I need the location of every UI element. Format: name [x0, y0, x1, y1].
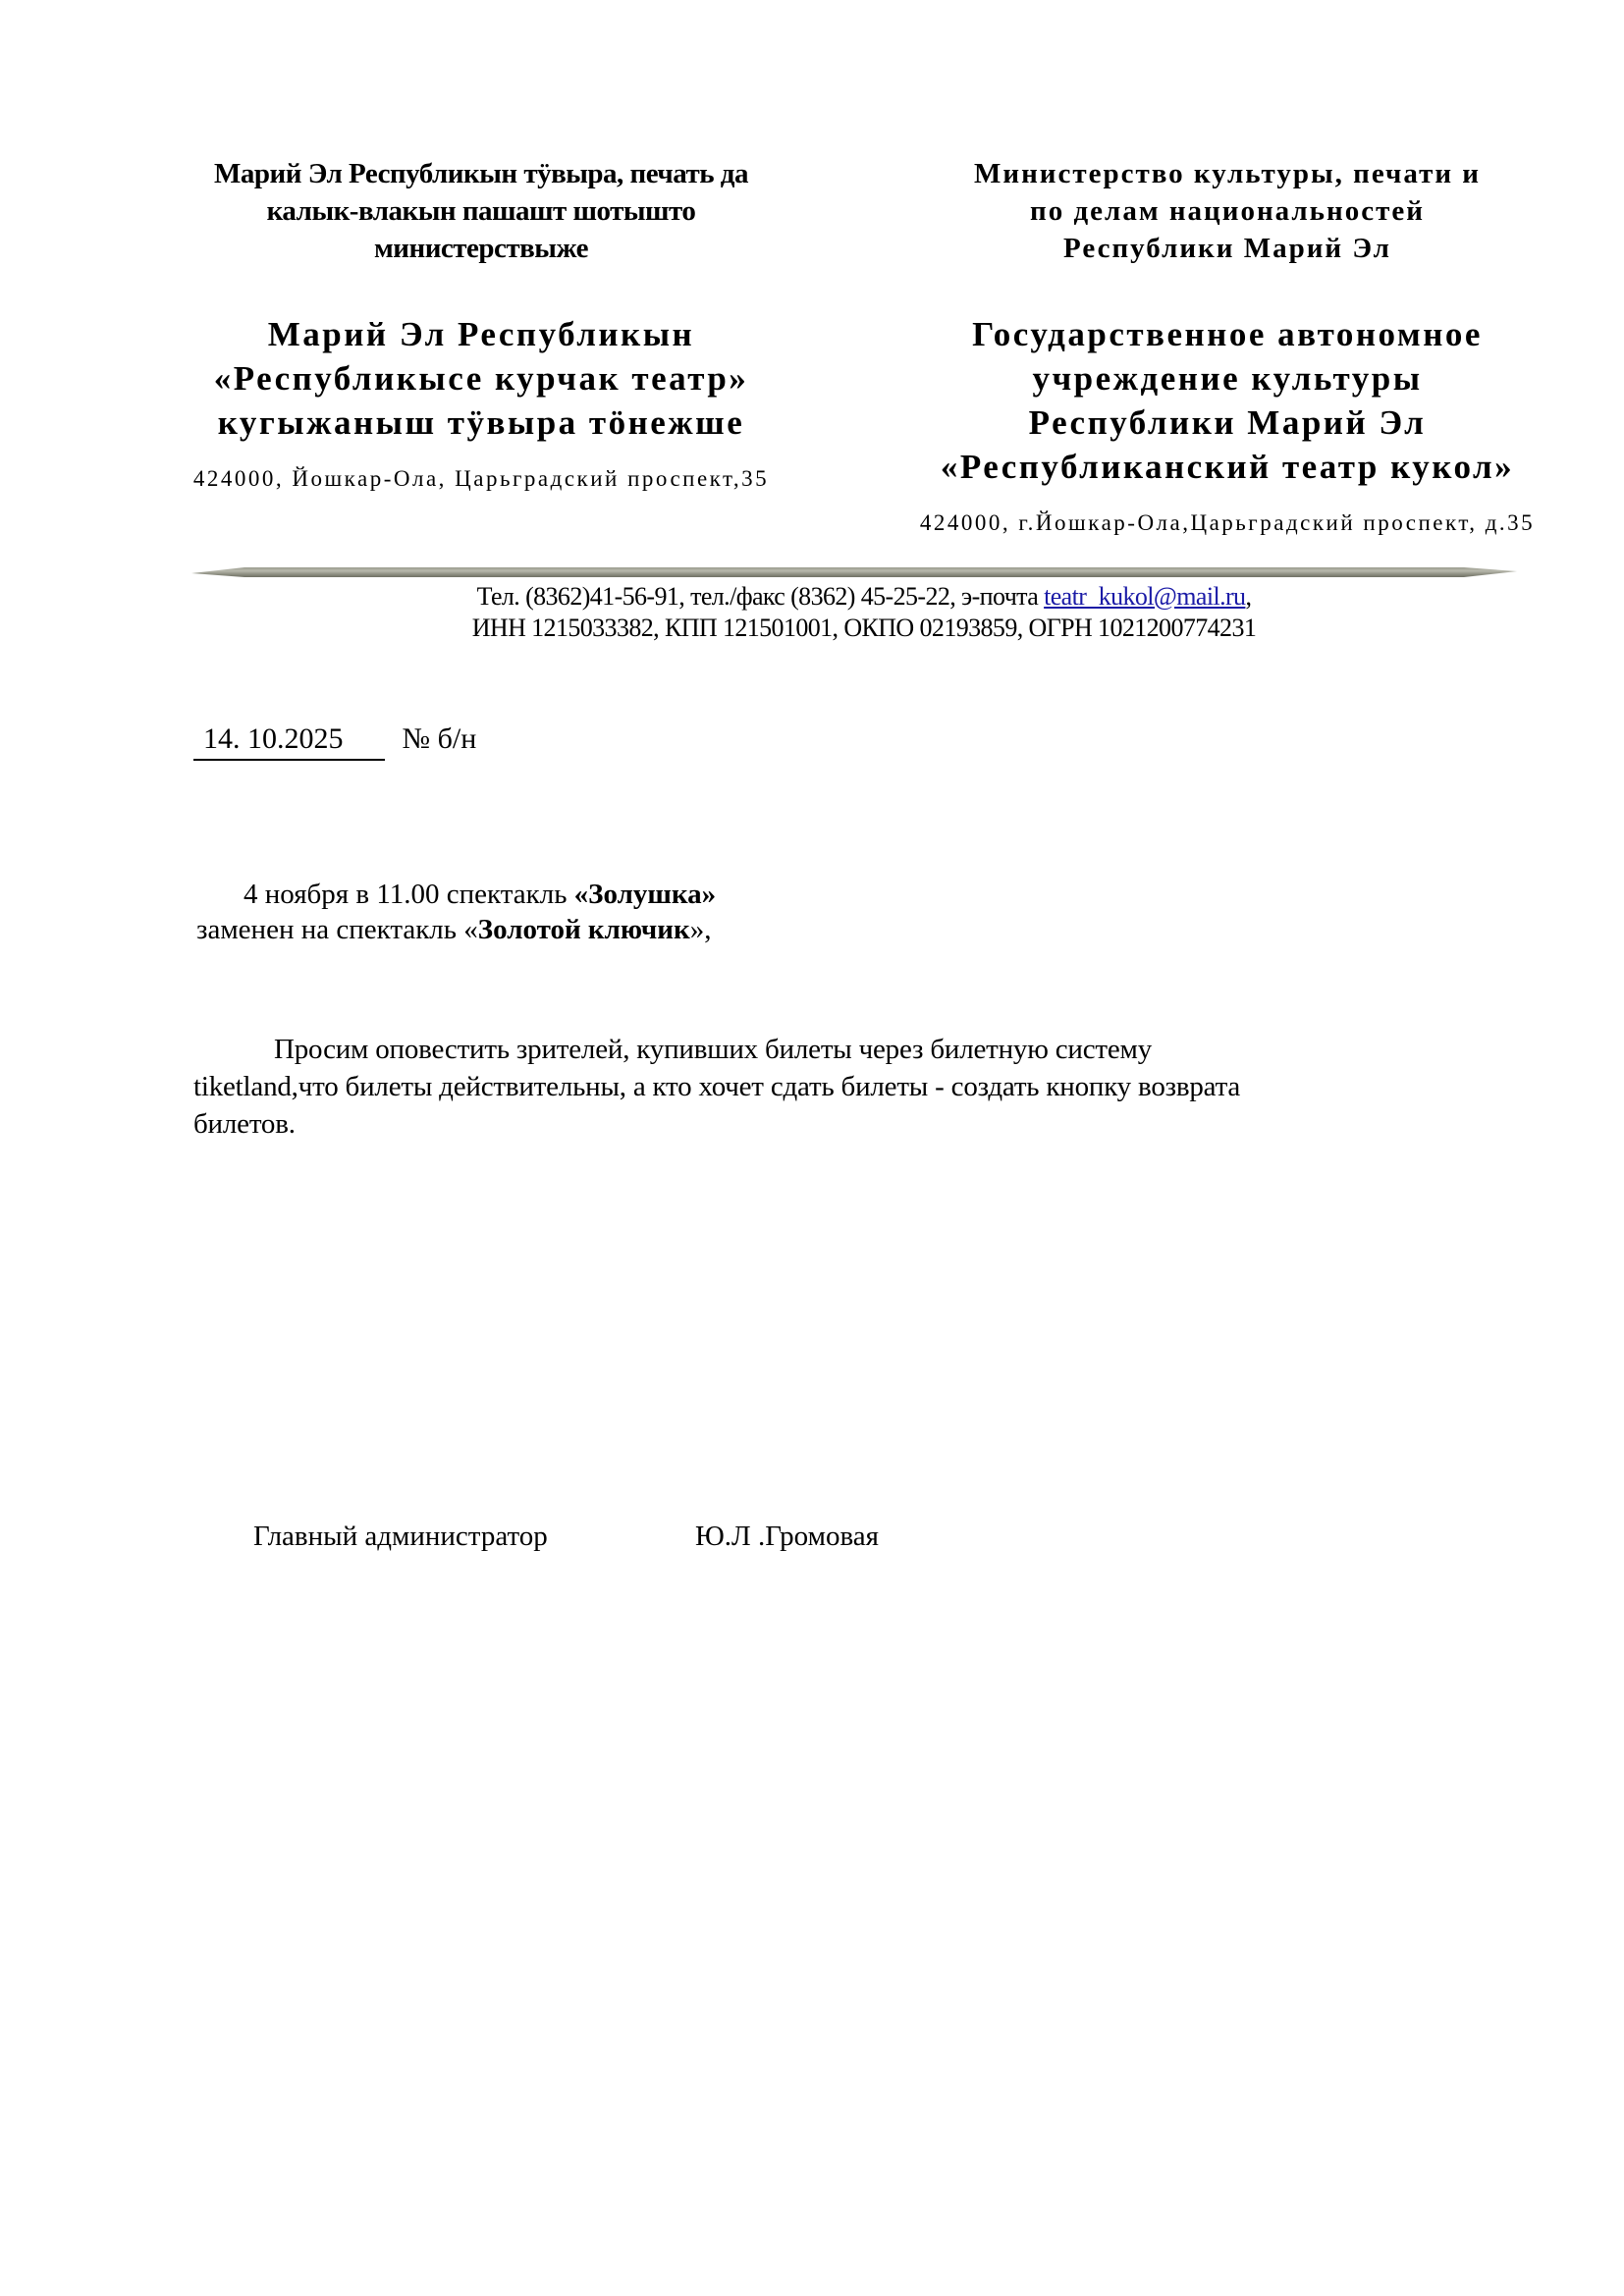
notice-text: заменен на спектакль « [196, 914, 478, 945]
contact-line-phones: Тел. (8362)41-56-91, тел./факс (8362) 45… [177, 581, 1551, 613]
signature-block: Главный администратор Ю.Л .Громовая [253, 1519, 1137, 1554]
old-show-title: «Золушка» [574, 879, 716, 910]
left-ministry-line: министерствыже [137, 230, 825, 267]
notice-text: 4 ноября в 11.00 спектакль [244, 879, 574, 910]
right-ministry-title: Министерство культуры, печати и по делам… [884, 155, 1571, 267]
left-org-line: «Республикысе курчак театр» [137, 356, 825, 400]
contact-info: Тел. (8362)41-56-91, тел./факс (8362) 45… [177, 581, 1551, 644]
right-org-line: Государственное автономное [864, 312, 1591, 356]
right-org-line: учреждение культуры [864, 356, 1591, 400]
signer-position: Главный администратор [253, 1521, 548, 1552]
left-ministry-line: калык-влакын пашашт шотышто [137, 192, 825, 230]
request-paragraph: Просим оповестить зрителей, купивших бил… [193, 1031, 1499, 1143]
notice-paragraph: 4 ноября в 11.00 спектакль «Золушка» зам… [196, 877, 1473, 947]
notice-text: », [690, 914, 712, 945]
left-ministry-line: Марий Эл Республикын тӱвыра, печать да [137, 155, 825, 192]
contact-punct: , [1245, 582, 1251, 611]
document-date-line: 14. 10.2025№ б/н [193, 720, 476, 761]
email-link[interactable]: teatr_kukol@mail.ru [1044, 582, 1245, 611]
request-line: tiketland,что билеты действительны, а кт… [193, 1068, 1499, 1105]
right-address: 424000, г.Йошкар-Ола,Царьградский проспе… [864, 508, 1591, 538]
left-ministry-title: Марий Эл Республикын тӱвыра, печать да к… [137, 155, 825, 267]
signer-name: Ю.Л .Громовая [695, 1519, 879, 1554]
right-ministry-line: Республики Марий Эл [884, 230, 1571, 267]
contact-line-requisites: ИНН 1215033382, КПП 121501001, ОКПО 0219… [177, 613, 1551, 644]
left-organization-name: Марий Эл Республикын «Республикысе курча… [137, 312, 825, 445]
header-divider [191, 567, 1517, 577]
document-number: № б/н [403, 722, 477, 755]
left-org-line: Марий Эл Республикын [137, 312, 825, 356]
notice-line-1: 4 ноября в 11.00 спектакль «Золушка» [196, 877, 1473, 912]
notice-line-2: заменен на спектакль «Золотой ключик», [196, 912, 1473, 947]
right-org-line: «Республиканский театр кукол» [864, 445, 1591, 489]
right-org-line: Республики Марий Эл [864, 400, 1591, 445]
request-line: билетов. [193, 1105, 1499, 1143]
right-ministry-line: Министерство культуры, печати и [884, 155, 1571, 192]
left-address: 424000, Йошкар-Ола, Царьградский проспек… [137, 464, 825, 494]
document-date: 14. 10.2025 [193, 720, 385, 761]
new-show-title: Золотой ключик [478, 914, 690, 945]
phone-text: Тел. (8362)41-56-91, тел./факс (8362) 45… [477, 582, 1044, 611]
request-line: Просим оповестить зрителей, купивших бил… [193, 1031, 1499, 1068]
left-org-line: кугыжаныш тӱвыра тӧнежше [137, 400, 825, 445]
right-ministry-line: по делам национальностей [884, 192, 1571, 230]
right-organization-name: Государственное автономное учреждение ку… [864, 312, 1591, 489]
